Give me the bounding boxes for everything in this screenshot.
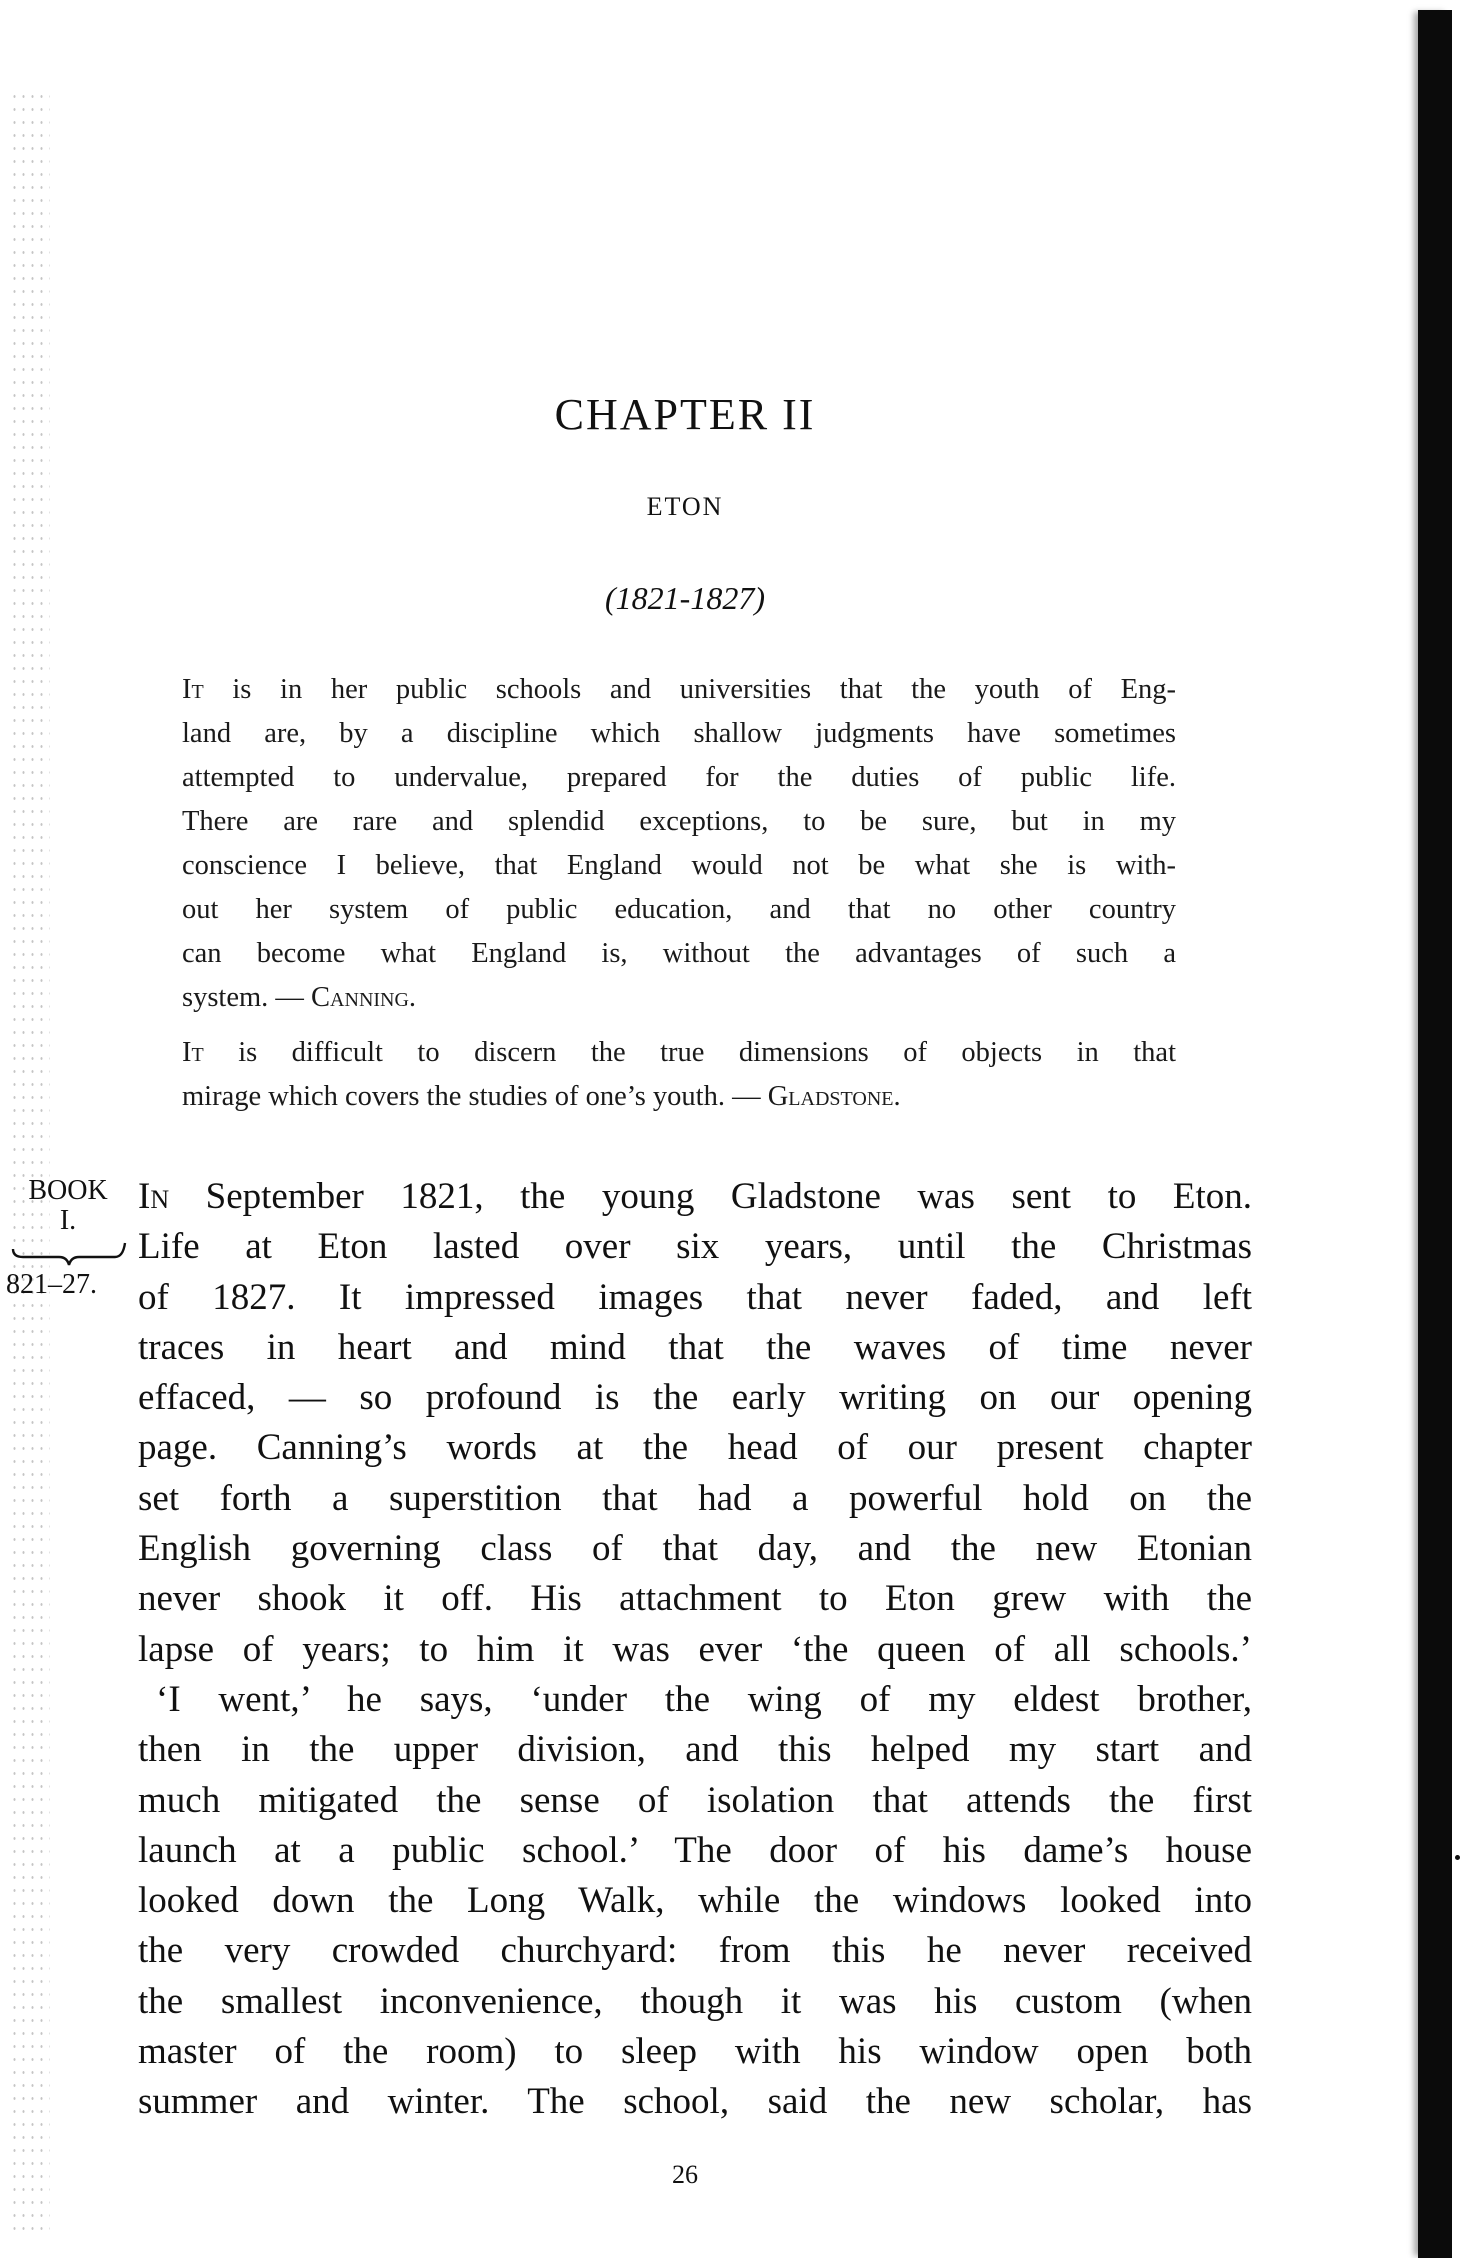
body-line: effaced, — so profound is the early writ… xyxy=(138,1373,1252,1423)
epigraph-line: It is difficult to discern the true dime… xyxy=(182,1031,1176,1075)
epigraph-line: mirage which covers the studies of one’s… xyxy=(182,1075,1176,1119)
body-line: traces in heart and mind that the waves … xyxy=(138,1323,1252,1373)
epigraph-attribution: Gladstone. xyxy=(768,1081,901,1112)
epigraph-attribution: Canning. xyxy=(311,982,416,1013)
epigraph-gladstone: It is difficult to discern the true dime… xyxy=(182,1031,1176,1119)
body-line: summer and winter. The school, said the … xyxy=(138,2077,1252,2127)
body-line: In September 1821, the young Gladstone w… xyxy=(138,1172,1252,1222)
body-line: page. Canning’s words at the head of our… xyxy=(138,1423,1252,1473)
body-line: the smallest inconvenience, though it wa… xyxy=(138,1977,1252,2027)
epigraph-line: land are, by a discipline which shallow … xyxy=(182,712,1176,756)
margin-book-number: I. xyxy=(4,1205,132,1237)
body-line: English governing class of that day, and… xyxy=(138,1524,1252,1574)
body-line: Life at Eton lasted over six years, unti… xyxy=(138,1222,1252,1272)
margin-book-label: BOOK xyxy=(4,1175,132,1207)
body-line: set forth a superstition that had a powe… xyxy=(138,1474,1252,1524)
chapter-dates: (1821-1827) xyxy=(0,580,1370,616)
epigraph-line: system. — Canning. xyxy=(182,976,1176,1020)
body-text: In September 1821, the young Gladstone w… xyxy=(138,1172,1252,2128)
scan-artifact-dot xyxy=(1455,1855,1460,1860)
body-line: the very crowded churchyard: from this h… xyxy=(138,1926,1252,1976)
body-line: then in the upper division, and this hel… xyxy=(138,1725,1252,1775)
epigraph-line: There are rare and splendid exceptions, … xyxy=(182,800,1176,844)
epigraph-line: It is in her public schools and universi… xyxy=(182,668,1176,712)
epigraph-line: conscience I believe, that England would… xyxy=(182,844,1176,888)
body-line: master of the room) to sleep with his wi… xyxy=(138,2027,1252,2077)
margin-years: 821–27. xyxy=(4,1269,132,1301)
chapter-title: CHAPTER II xyxy=(0,390,1370,440)
margin-note: BOOK I. 821–27. xyxy=(4,1175,132,1301)
epigraph-line: out her system of public education, and … xyxy=(182,888,1176,932)
body-line: ‘I went,’ he says, ‘under the wing of my… xyxy=(138,1675,1252,1725)
body-line: of 1827. It impressed images that never … xyxy=(138,1273,1252,1323)
body-line: much mitigated the sense of isolation th… xyxy=(138,1776,1252,1826)
epigraph-line: attempted to undervalue, prepared for th… xyxy=(182,756,1176,800)
body-line: lapse of years; to him it was ever ‘the … xyxy=(138,1625,1252,1675)
epigraph-line: can become what England is, without the … xyxy=(182,932,1176,976)
curly-brace-icon xyxy=(9,1237,127,1267)
page-number: 26 xyxy=(0,2160,1370,2190)
scan-page-edge-shadow xyxy=(1418,10,1452,2258)
body-line: never shook it off. His attachment to Et… xyxy=(138,1574,1252,1624)
epigraph-canning: It is in her public schools and universi… xyxy=(182,668,1176,1020)
body-line: looked down the Long Walk, while the win… xyxy=(138,1876,1252,1926)
chapter-subtitle: ETON xyxy=(0,492,1370,522)
body-line: launch at a public school.’ The door of … xyxy=(138,1826,1252,1876)
